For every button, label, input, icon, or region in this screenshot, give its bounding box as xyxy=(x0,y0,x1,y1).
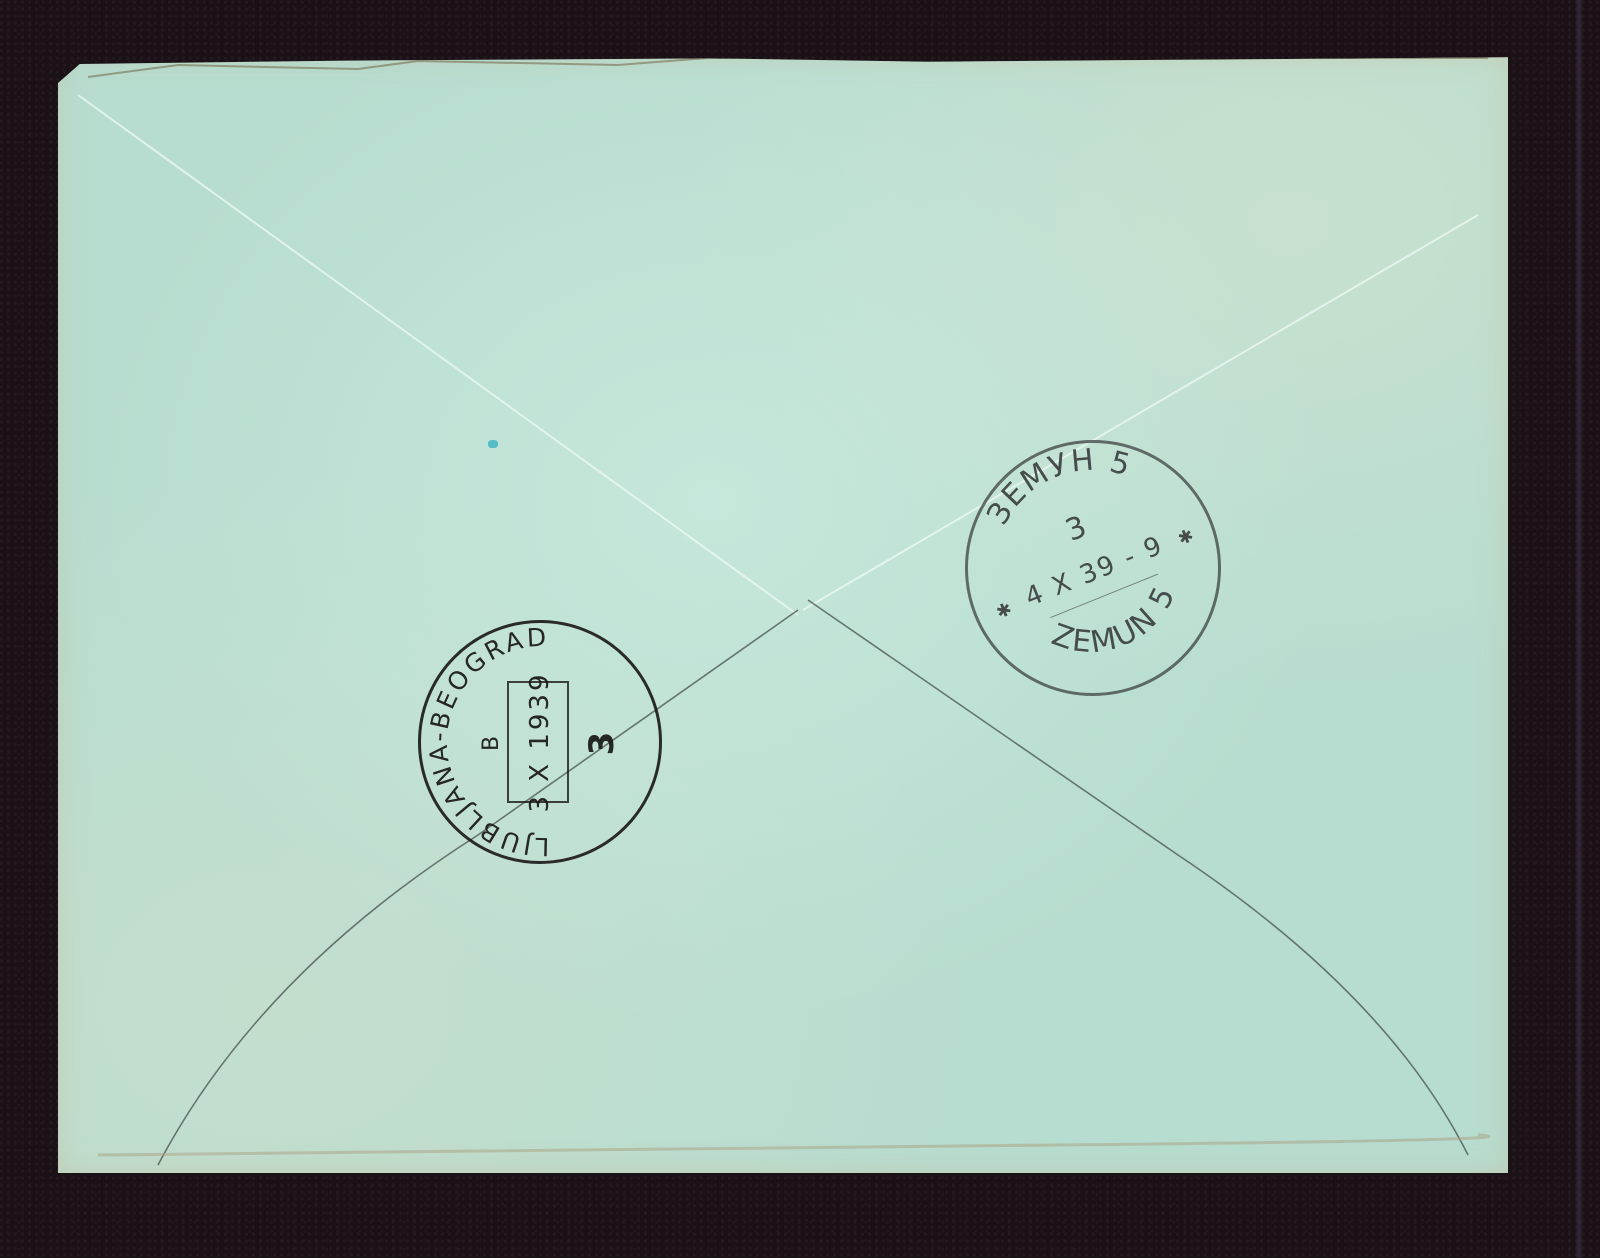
envelope-flap-folds xyxy=(58,55,1508,1173)
svg-text:✱: ✱ xyxy=(993,598,1017,624)
envelope-back xyxy=(58,55,1508,1173)
svg-text:3: 3 xyxy=(1061,508,1094,548)
velvet-background-stripe xyxy=(1575,0,1583,1258)
postmark-ljubljana-ring-text: LJUBLJANA-BEOGRAD 3 X 1939 B 3 xyxy=(418,620,662,864)
svg-text:B: B xyxy=(479,733,504,751)
postmark-ljubljana-beograd: LJUBLJANA-BEOGRAD 3 X 1939 B 3 xyxy=(418,620,662,864)
blue-ink-spot xyxy=(488,440,498,448)
svg-text:✱: ✱ xyxy=(1175,524,1199,550)
svg-text:3 X 1939: 3 X 1939 xyxy=(525,671,555,812)
svg-text:3: 3 xyxy=(582,729,622,756)
